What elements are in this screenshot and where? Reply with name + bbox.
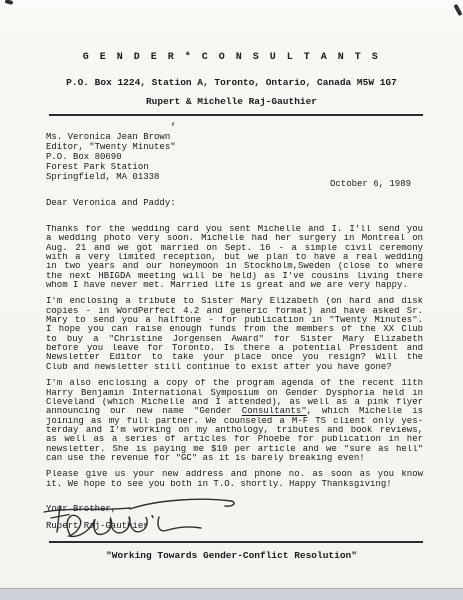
- letterhead-divider: [49, 114, 423, 116]
- paragraph-line: the next HBIGDA meeting will be held) as…: [46, 272, 423, 281]
- scan-artifact-speck: [453, 4, 462, 16]
- underlined-text: Consultants": [242, 407, 307, 416]
- paragraph-line: before you leave for Toronto. Is there a…: [46, 344, 423, 353]
- paragraph-line: newsletter. She is paying me $10 per art…: [46, 445, 423, 454]
- paragraph-line: Aug. 21 and we got married on Sept. 16 -…: [46, 244, 423, 253]
- letter-date: October 6, 1989: [330, 179, 411, 189]
- scanned-letter-page: G E N D E R * C O N S U L T A N T S P.O.…: [0, 0, 463, 600]
- paragraph-line: whom I have never met. Married life is g…: [46, 281, 423, 290]
- paragraph-line: Thanks for the wedding card you sent Mic…: [46, 225, 423, 234]
- paragraph-line: in two years and our honeymoon in Stockh…: [46, 262, 423, 271]
- scan-artifact-speck: [171, 122, 174, 126]
- paragraph-line: terday and I'm working on my anthology, …: [46, 426, 423, 435]
- letter-paragraph: Thanks for the wedding card you sent Mic…: [46, 225, 423, 290]
- scan-artifact-speck: [5, 0, 14, 5]
- paragraph-line: joining as my full partner. We counseled…: [46, 417, 423, 426]
- paragraph-line: announcing our new name "Gender Consulta…: [46, 407, 423, 416]
- letter-body: Thanks for the wedding card you sent Mic…: [46, 225, 423, 496]
- recipient-address: Ms. Veronica Jean BrownEditor, "Twenty M…: [46, 132, 176, 182]
- salutation: Dear Veronica and Paddy:: [46, 198, 176, 208]
- text-segment: , which Michelle is: [307, 407, 423, 416]
- paragraph-line: Harry Benjamin International Symposium o…: [46, 389, 423, 398]
- paragraph-line: as well as a series of articles for Phoe…: [46, 435, 423, 444]
- recipient-line: Editor, "Twenty Minutes": [46, 142, 176, 152]
- scan-edge-band: [0, 588, 463, 600]
- recipient-line: Ms. Veronica Jean Brown: [46, 132, 176, 142]
- paragraph-line: with a very limited reception, but we pl…: [46, 253, 423, 262]
- handwritten-signature: [36, 492, 246, 550]
- org-address: P.O. Box 1224, Station A, Toronto, Ontar…: [0, 77, 463, 88]
- paragraph-line: Cleveland (which Michelle and I attended…: [46, 398, 423, 407]
- paragraph-line: to buy a "Christine Jorgensen Award" for…: [46, 335, 423, 344]
- recipient-line: Springfield, MA 01338: [46, 172, 176, 182]
- paragraph-line: can use the revenue for "GC" as it is ba…: [46, 454, 423, 463]
- text-segment: announcing our new name "Gender: [46, 407, 242, 416]
- paragraph-line: Please give us your new address and phon…: [46, 470, 423, 479]
- recipient-line: P.O. Box 80690: [46, 152, 176, 162]
- paragraph-line: Club and newsletter still continue to ex…: [46, 363, 423, 372]
- letter-paragraph: Please give us your new address and phon…: [46, 470, 423, 489]
- paragraph-line: it. We hope to see you both in T.O. shor…: [46, 480, 423, 489]
- org-principals: Rupert & Michelle Raj-Gauthier: [0, 96, 463, 107]
- paragraph-line: a wedding photo very soon. Michelle had …: [46, 234, 423, 243]
- paragraph-line: copies - in WordPerfect 4.2 and generic …: [46, 307, 423, 316]
- letter-paragraph: I'm also enclosing a copy of the program…: [46, 379, 423, 463]
- paragraph-line: I hope you can raise enough funds from t…: [46, 325, 423, 334]
- paragraph-line: Mary to send you a halftone - for public…: [46, 316, 423, 325]
- paragraph-line: Newsletter Editor to take your place onc…: [46, 353, 423, 362]
- paragraph-line: I'm enclosing a tribute to Sister Mary E…: [46, 297, 423, 306]
- org-name: G E N D E R * C O N S U L T A N T S: [0, 52, 463, 63]
- paragraph-line: I'm also enclosing a copy of the program…: [46, 379, 423, 388]
- recipient-line: Forest Park Station: [46, 162, 176, 172]
- letter-paragraph: I'm enclosing a tribute to Sister Mary E…: [46, 297, 423, 372]
- footer-slogan: "Working Towards Gender-Conflict Resolut…: [0, 550, 463, 561]
